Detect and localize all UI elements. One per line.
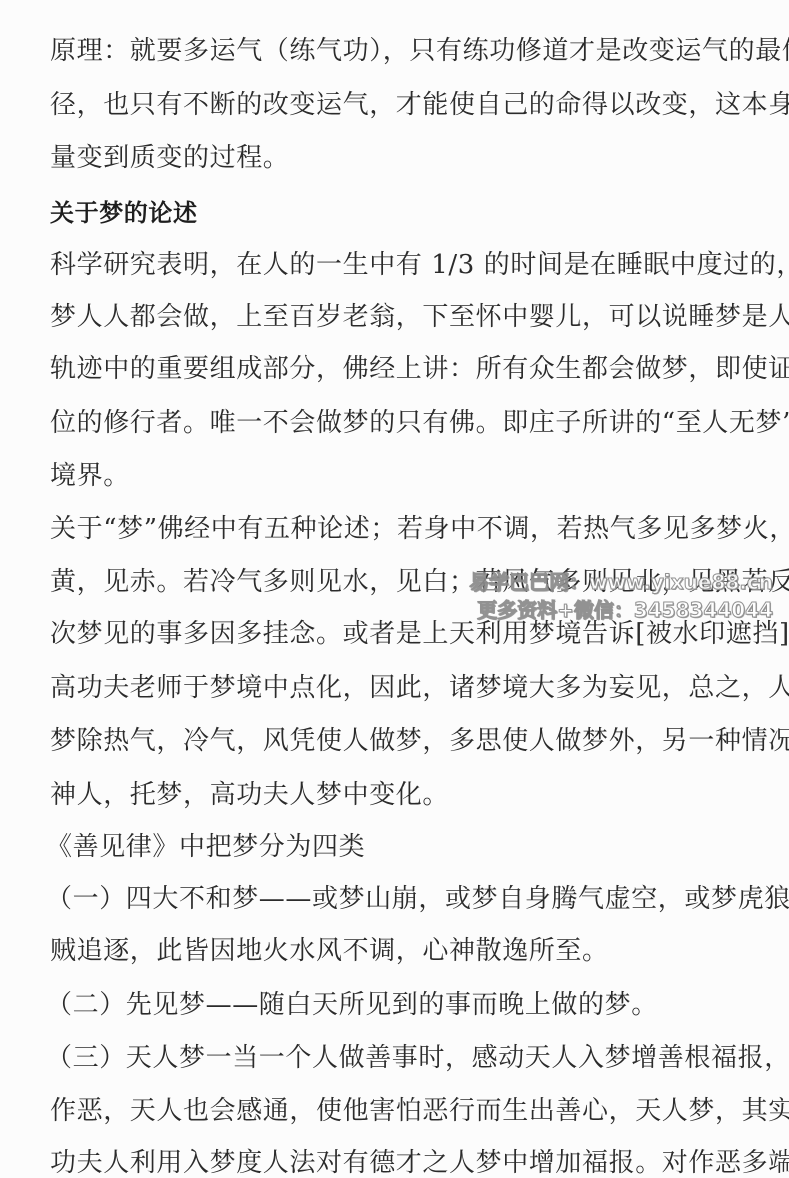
paragraph-science-line-5: 境界。	[50, 461, 130, 491]
list-item-3-line-2: 作恶，天人也会感通，使他害怕恶行而生出善心，天人梦，其实就高	[50, 1096, 789, 1126]
paragraph-five-theories-line-6: 神人，托梦，高功夫人梦中变化。	[50, 780, 449, 810]
line-text-obscured: [被水印遮挡]	[635, 619, 789, 649]
paragraph-science-line-4: 位的修行者。唯一不会做梦的只有佛。即庄子所讲的“至人无梦”的	[50, 408, 789, 438]
list-item-3-line-1: （三）天人梦一当一个人做善事时，感动天人入梦增善根福报，如果	[46, 1043, 789, 1073]
watermark-site: 易学巴巴网：www.yixue88.cn	[469, 566, 773, 595]
paragraph-science-line-1: 科学研究表明，在人的一生中有 1/3 的时间是在睡眠中度过的，而睡	[50, 250, 789, 280]
section-heading-dreams: 关于梦的论述	[50, 198, 198, 228]
list-item-1-line-2: 贼追逐，此皆因地火水风不调，心神散逸所至。	[50, 936, 609, 966]
paragraph-five-theories-line-3: 次梦见的事多因多挂念。或者是上天利用梦境告诉[被水印遮挡]或是	[50, 619, 789, 649]
list-item-2: （二）先见梦——随白天所见到的事而晚上做的梦。	[46, 990, 658, 1020]
paragraph-five-theories-line-5: 梦除热气，冷气，风凭使人做梦，多思使人做梦外，另一种情况即为	[50, 726, 789, 756]
list-item-1-line-1: （一）四大不和梦——或梦山崩，或梦自身腾气虚空，或梦虎狼及劫	[46, 884, 789, 914]
paragraph-shanjianlv-intro: 《善见律》中把梦分为四类	[46, 832, 365, 862]
paragraph-principle-line-3: 量变到质变的过程。	[50, 143, 289, 173]
paragraph-principle-line-2: 径，也只有不断的改变运气，才能使自己的命得以改变，这本身就是	[50, 90, 789, 120]
paragraph-principle-line-1: 原理：就要多运气（练气功），只有练功修道才是改变运气的最佳途	[50, 36, 789, 66]
paragraph-science-line-2: 梦人人都会做，上至百岁老翁，下至怀中婴儿，可以说睡梦是人生命	[50, 302, 789, 332]
line-text-visible: 次梦见的事多因多挂念。或者是上天利用梦境告诉	[50, 619, 635, 649]
watermark-contact: 更多资料+微信：3458344044	[477, 594, 773, 623]
paragraph-five-theories-line-4: 高功夫老师于梦境中点化，因此，诸梦境大多为妄见，总之，人们做	[50, 673, 789, 703]
paragraph-five-theories-line-1: 关于“梦”佛经中有五种论述；若身中不调，若热气多见多梦火，见	[50, 514, 789, 544]
paragraph-science-line-3: 轨迹中的重要组成部分，佛经上讲：所有众生都会做梦，即使证得果	[50, 354, 789, 384]
list-item-3-line-3: 功夫人利用入梦度人法对有德才之人梦中增加福报。对作恶多端的在	[50, 1148, 789, 1178]
